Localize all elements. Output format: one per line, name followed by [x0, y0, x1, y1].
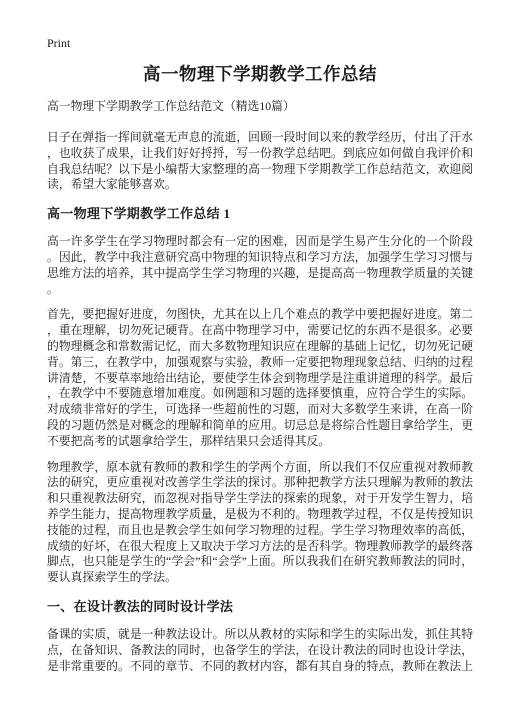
- section-paragraph: 物理教学，原本就有教师的教和学生的学两个方面，所以我们不仅应重视对教师教法的研究…: [47, 460, 473, 586]
- print-link[interactable]: Print: [47, 36, 70, 50]
- section-heading: 高一物理下学期教学工作总结 1: [47, 205, 473, 222]
- section-paragraph: 首先，要把握好进度，勿图快，尤其在以上几个难点的教学中要把握好进度。第二，重在理…: [47, 307, 473, 449]
- document-page: Print 高一物理下学期教学工作总结 高一物理下学期教学工作总结范文（精选10…: [0, 0, 520, 718]
- document-subtitle: 高一物理下学期教学工作总结范文（精选10篇）: [47, 98, 473, 114]
- document-title: 高一物理下学期教学工作总结: [47, 62, 473, 86]
- section-paragraph: 高一许多学生在学习物理时都会有一定的困难，因而是学生易产生分化的一个阶段。因此，…: [47, 234, 473, 297]
- section-paragraph: 日子在弹指一挥间就毫无声息的流逝，回顾一段时间以来的教学经历，付出了汗水，也收获…: [47, 130, 473, 193]
- section-heading: 一、在设计教法的同时设计学法: [47, 598, 473, 615]
- section-paragraph: 备课的实质，就是一种教法设计。所以从教材的实际和学生的实际出发，抓住其特点，在备…: [47, 627, 473, 674]
- document-sections: 日子在弹指一挥间就毫无声息的流逝，回顾一段时间以来的教学经历，付出了汗水，也收获…: [47, 130, 473, 674]
